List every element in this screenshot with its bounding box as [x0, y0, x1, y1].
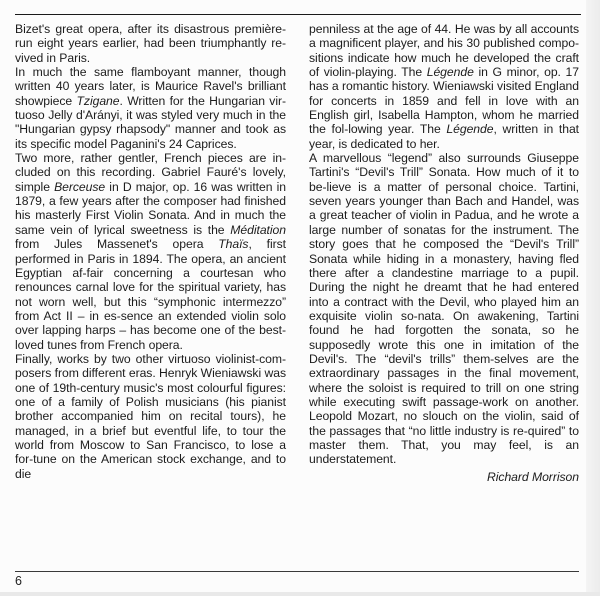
page-edge-shadow [586, 0, 600, 596]
page-number: 6 [15, 574, 22, 588]
author-signature: Richard Morrison [309, 470, 579, 484]
paragraph: penniless at the age of 44. He was by al… [309, 22, 579, 151]
right-column: penniless at the age of 44. He was by al… [309, 22, 579, 484]
italic-title: Tzigane [77, 94, 120, 108]
paragraph: A marvellous “legend” also surrounds Giu… [309, 151, 579, 467]
bottom-rule [15, 571, 579, 572]
left-column: Bizet's great opera, after its disastrou… [15, 22, 286, 481]
italic-title: Légende [446, 122, 493, 136]
paragraph: In much the same flamboyant manner, thou… [15, 65, 286, 151]
italic-title: Thaïs [218, 237, 248, 251]
top-rule [15, 14, 581, 15]
paragraph: Finally, works by two other virtuoso vio… [15, 352, 286, 481]
italic-title: Berceuse [54, 180, 105, 194]
paragraph: Bizet's great opera, after its disastrou… [15, 22, 286, 65]
italic-title: Méditation [230, 223, 286, 237]
paragraph: Two more, rather gentler, French pieces … [15, 151, 286, 352]
italic-title: Légende [427, 65, 474, 79]
page-bottom-edge [0, 592, 600, 596]
